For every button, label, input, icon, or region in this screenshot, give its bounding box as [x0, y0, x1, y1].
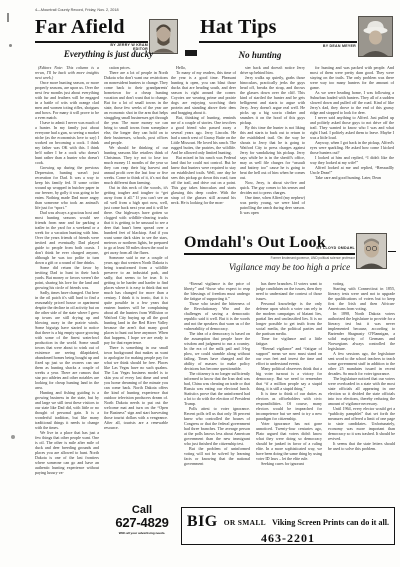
big-ad-word-orsmall: OR SMALL — [224, 518, 266, 527]
paragraph: (Editors Note: This column is a rerun, I… — [35, 65, 99, 80]
newspaper-page: 4—Mountrail County Record, Friday, Nov. … — [0, 0, 400, 567]
omdahl-column-1: “Eternal vigilance is the price of liber… — [184, 281, 250, 505]
paragraph: Growing up during the previous Depressio… — [35, 165, 99, 210]
omdahl-column-3: voting.Starting with Connecticut in 1855… — [328, 281, 395, 505]
hat-tips-rule — [199, 41, 357, 43]
paragraph: Anyway, when I got back in the pickup, A… — [310, 140, 394, 155]
omdahl-column-2: has three branches. If voters want to ju… — [256, 281, 322, 505]
big-ad-phone: 463-2201 — [182, 531, 394, 546]
omdahl-rule-segment — [388, 251, 396, 252]
paragraph: ster back and doesn't notice Jerry drive… — [240, 65, 305, 75]
paragraph: Sadly, times have changed. Out here in t… — [35, 290, 99, 390]
far-afield-column-2: cation prices.There are a lot of people … — [104, 65, 168, 504]
call-ad-phone: 627-4829 — [107, 516, 177, 530]
paragraph: Many political observers think that a bi… — [256, 366, 322, 391]
paragraph: Polls attest to voter ignorance. Recent … — [184, 406, 250, 446]
paragraph: Until 1964, every elector would get a “p… — [328, 406, 395, 441]
paragraph: I looked at him and replied, “I didn't l… — [310, 155, 394, 165]
paragraph: But the problem of uninformed voting wil… — [184, 446, 250, 466]
paragraph: Out in this neck of the woods, it's gett… — [104, 185, 168, 255]
paragraph: A few sessions ago, the legislature sent… — [328, 351, 395, 376]
hat-tips-column-1: Hello,To many of my readers, this time o… — [171, 65, 236, 232]
paragraph: Alfred looked at me and replied, “Reeaaa… — [310, 165, 394, 175]
hat-tips-title: Hat Tips — [200, 16, 277, 39]
paragraph: Take care and good hunting. Later, Dean — [310, 175, 394, 180]
omdahl-sub-byline: Former lieutenant governor, UND politica… — [195, 256, 355, 260]
hat-tips-headline: No hunting — [180, 50, 340, 60]
paragraph: Those who tasted the bitterness of the R… — [184, 301, 250, 331]
person-with-cowboy-hat-icon — [359, 17, 392, 56]
paragraph: It is time to think of our duties as ele… — [256, 391, 322, 421]
paragraph: Starting with Connecticut in 1855, liter… — [328, 286, 395, 311]
paragraph: “Eternal vigilance” and “fatigue of supp… — [256, 346, 322, 366]
omdahl-rule — [184, 253, 355, 255]
hat-tips-byline: BY DEAN MEYER — [300, 44, 356, 48]
paragraph: It seems that the state letters should b… — [328, 441, 395, 451]
paragraph: One time, when Alfred (my nephew) was pr… — [240, 195, 305, 215]
hat-tips-column-2: ster back and doesn't notice Jerry drive… — [240, 65, 305, 232]
scan-speck — [7, 13, 9, 22]
scan-speck — [9, 44, 12, 47]
paragraph: Now, Jerry, is about six-five and quick.… — [240, 180, 305, 195]
paragraph: There is something in our small town bac… — [104, 345, 168, 430]
paragraph: Dad was always a gracious host and most … — [35, 210, 99, 265]
paragraph: Time for vigilance and a little fatigue. — [256, 336, 322, 346]
far-afield-column-1: (Editors Note: This column is a rerun, I… — [35, 65, 99, 548]
paragraph: “Eternal vigilance is the price of liber… — [184, 281, 250, 301]
paragraph: In 1898, North Dakota voters authorized … — [328, 311, 395, 351]
big-ad-word-big: BIG — [187, 513, 218, 530]
paragraph: Someone said to me a couple of years ago… — [104, 255, 168, 345]
paragraph: We live in a place that has just a few t… — [35, 430, 99, 475]
big-ad-line: BIG OR SMALL Viking Screen Prints can do… — [182, 512, 394, 531]
hat-tips-column-3: for hunting and was packed with people. … — [310, 65, 394, 232]
paragraph: Seeking cures for ignorant — [256, 461, 322, 466]
omdahl-byline: BY LLOYD OMDAHL — [250, 246, 355, 250]
paragraph: The idea of a democracy is based on the … — [184, 331, 250, 371]
scan-speck — [11, 435, 15, 439]
page-folio: 4—Mountrail County Record, Friday, Nov. … — [35, 8, 205, 12]
paragraph: To many of my readers, this time of the … — [171, 70, 236, 115]
big-ad-tagline: Viking Screen Prints can do it all. — [272, 518, 389, 527]
paragraph: for hunting and was packed with people. … — [310, 65, 394, 90]
paragraph: Voter ignorance has not gone unnoticed. … — [256, 421, 322, 461]
paragraph: But, thinking of hunting, reminds me of … — [171, 115, 236, 155]
paragraph: Hunting and fishing guiding is a growing… — [35, 390, 99, 430]
call-ad-tagline: With all your advertising needs. — [107, 531, 177, 535]
paragraph: As we were heading home, I was following… — [310, 90, 394, 115]
far-afield-headline: Everything is just ducky — [42, 49, 175, 59]
paragraph: But mixed in his ranch was Federal land … — [171, 155, 236, 205]
paragraph: The citizenry is no longer sufficiently … — [184, 371, 250, 406]
paragraph: We should be thinking of our hunting sea… — [104, 145, 168, 185]
columnist-photo-dean-meyer — [358, 16, 393, 57]
paragraph: Once more hunting season, or more proper… — [35, 80, 99, 120]
paragraph: I never said anything to Alfred. Just pu… — [310, 115, 394, 140]
paragraph: I have to admit I never was much of a hu… — [35, 120, 99, 165]
paragraph: Personal knowledge is the only defense u… — [256, 301, 322, 336]
viking-screen-prints-ad: BIG OR SMALL Viking Screen Prints can do… — [181, 507, 395, 545]
paragraph: has three branches. If voters want to ju… — [256, 281, 322, 301]
paragraph: Some did return the favor by inviting Da… — [35, 265, 99, 290]
far-afield-title: Far Afield — [35, 16, 125, 39]
paragraph: The legislature noticed that our voters … — [328, 376, 395, 406]
call-advertising-ad: Call 627-4829 With all your advertising … — [107, 504, 177, 551]
paragraph: There are a lot of people in North Dakot… — [104, 70, 168, 145]
omdahl-headline: Vigilance may be too high a price — [184, 262, 395, 272]
paragraph: Jerry walks up quietly, grabs those bino… — [240, 75, 305, 125]
paragraph: By this time the hunter is not liking th… — [240, 125, 305, 180]
